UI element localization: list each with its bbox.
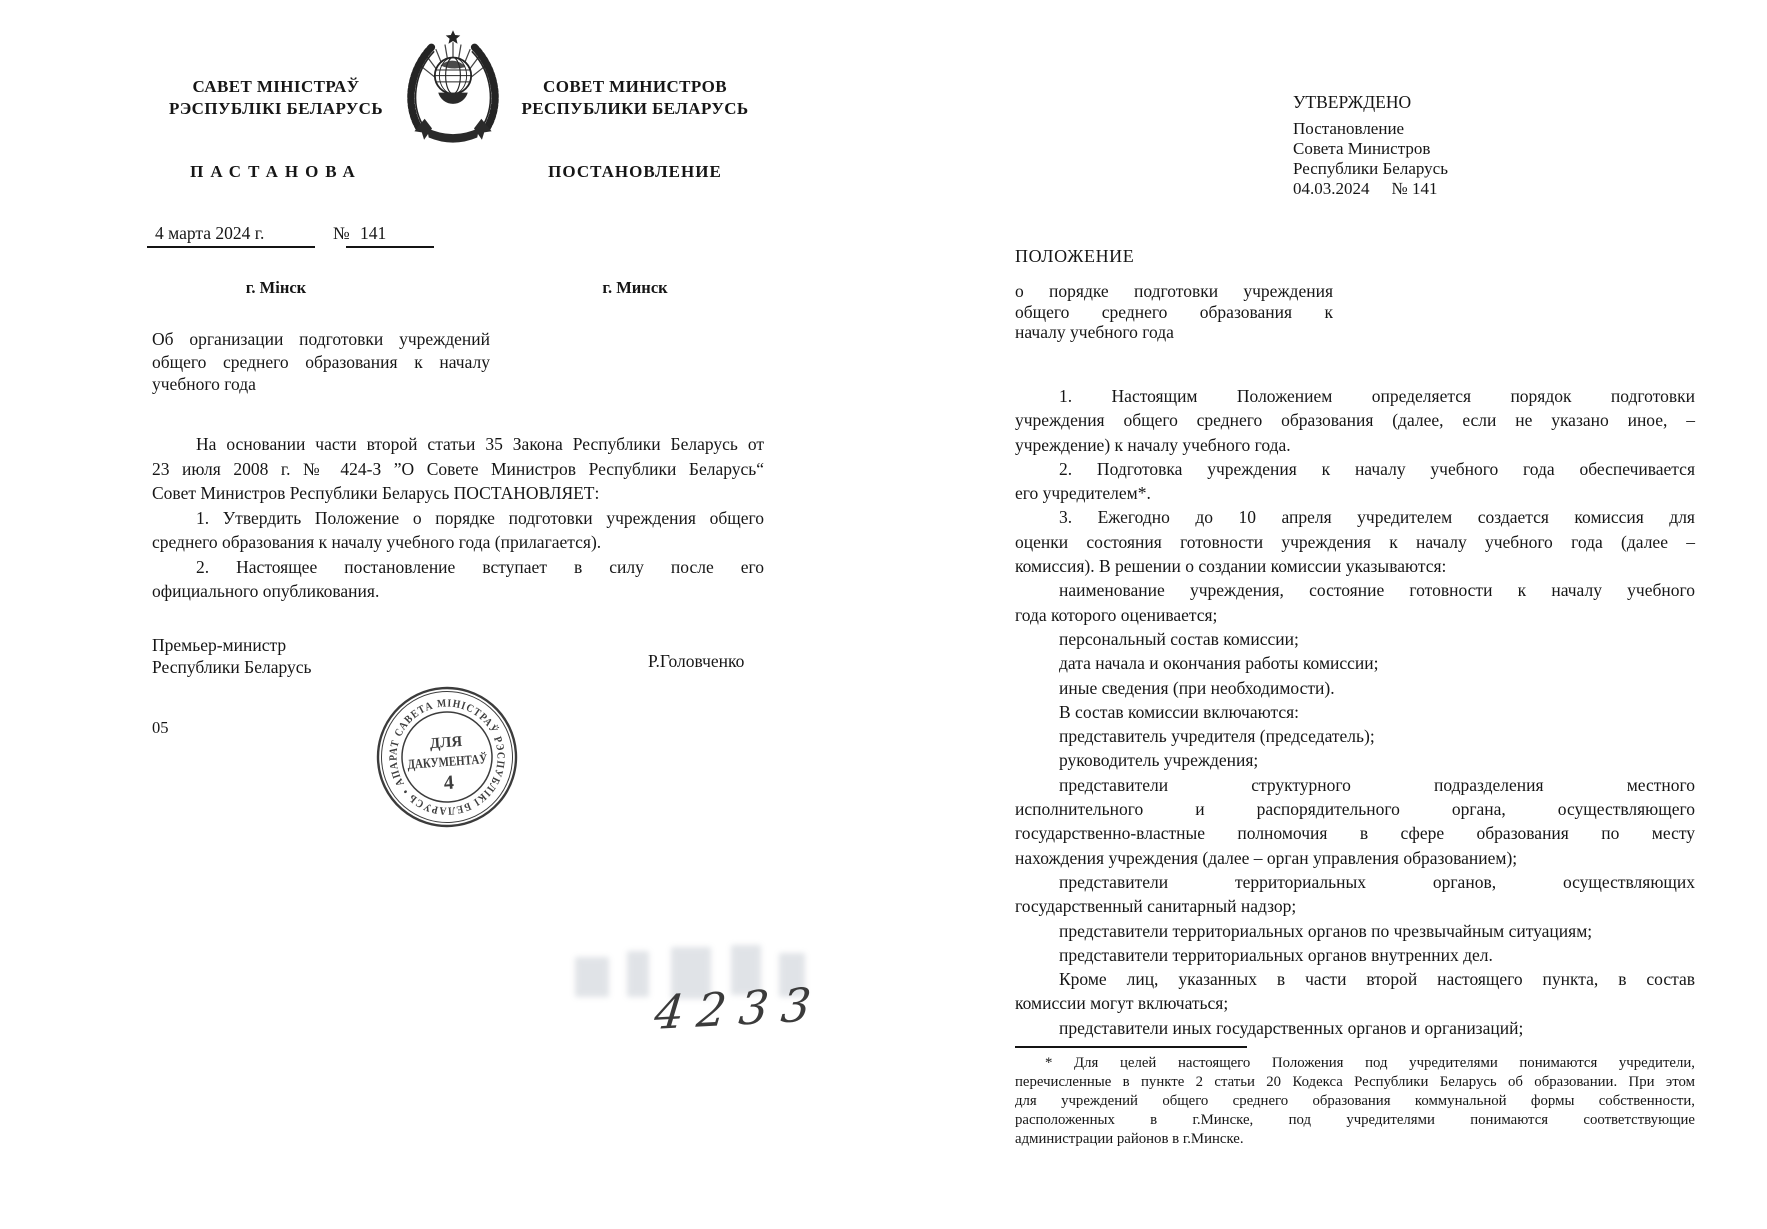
stamp-center-line1: ДЛЯ [429, 734, 463, 752]
text-line: учебного года [152, 373, 490, 396]
official-stamp: АПАРАТ САВЕТА МІНІСТРАЎ РЭСПУБЛІКІ БЕЛАР… [369, 679, 525, 835]
text-line: 1. Настоящим Положением определяется пор… [1015, 384, 1695, 408]
text-line: персональный состав комиссии; [1015, 627, 1695, 651]
text-line: о порядке подготовки учреждения [1015, 281, 1333, 302]
text-line: государственный санитарный надзор; [1015, 894, 1695, 918]
paragraph: иные сведения (при необходимости). [1015, 676, 1695, 700]
footnote: * Для целей настоящего Положения под учр… [1015, 1054, 1695, 1149]
text-line: Совет Министров Республики Беларусь ПОСТ… [152, 481, 764, 506]
paragraph: 1. Настоящим Положением определяется пор… [1015, 384, 1695, 457]
signer-position-line1: Премьер-министр [152, 634, 312, 656]
text-line: представитель учредителя (председатель); [1015, 724, 1695, 748]
text-line: Кроме лиц, указанных в части второй наст… [1015, 967, 1695, 991]
text-line: его учредителем*. [1015, 481, 1695, 505]
text-line: официального опубликования. [152, 579, 764, 604]
text-line: В состав комиссии включаются: [1015, 700, 1695, 724]
text-line: общего среднего образования к [1015, 302, 1333, 323]
approved-date-row: 04.03.2024№ 141 [1293, 179, 1448, 199]
signer-name: Р.Головченко [648, 650, 744, 672]
paragraph: наименование учреждения, состояние готов… [1015, 578, 1695, 627]
approved-block: Постановление Совета Министров Республик… [1293, 119, 1448, 199]
paragraph: В состав комиссии включаются: [1015, 700, 1695, 724]
paragraph: представители иных государственных орган… [1015, 1016, 1695, 1040]
text-line: руководитель учреждения; [1015, 748, 1695, 772]
approved-line3: Республики Беларусь [1293, 159, 1448, 179]
text-line: дата начала и окончания работы комиссии; [1015, 651, 1695, 675]
document-number: 141 [360, 223, 386, 244]
org-name-by-line1: САВЕТ МІНІСТРАЎ [150, 76, 402, 98]
paragraph: руководитель учреждения; [1015, 748, 1695, 772]
city-russian: г. Минск [506, 278, 764, 298]
text-line: Об организации подготовки учреждений [152, 328, 490, 351]
approved-label: УТВЕРЖДЕНО [1293, 92, 1411, 113]
paragraph: представители территориальных органов по… [1015, 919, 1695, 943]
text-line: представители территориальных органов вн… [1015, 943, 1695, 967]
faint-stamp-mark [575, 957, 609, 997]
document-date: 4 марта 2024 г. [155, 223, 264, 244]
text-line: года которого оценивается; [1015, 603, 1695, 627]
regulation-body: 1. Настоящим Положением определяется пор… [1015, 384, 1695, 1040]
paragraph: Кроме лиц, указанных в части второй наст… [1015, 967, 1695, 1016]
text-line: учреждения общего среднего образования (… [1015, 408, 1695, 432]
text-line: учреждение) к началу учебного года. [1015, 433, 1695, 457]
text-line: расположенных в г.Минске, под учредителя… [1015, 1111, 1695, 1130]
paragraph: представители территориальных органов вн… [1015, 943, 1695, 967]
signer-position: Премьер-министр Республики Беларусь [152, 634, 312, 678]
text-line: представители иных государственных орган… [1015, 1016, 1695, 1040]
paragraph: 2. Настоящее постановление вступает в си… [152, 555, 764, 604]
paragraph: представители структурного подразделения… [1015, 773, 1695, 870]
paragraph: 3. Ежегодно до 10 апреля учредителем соз… [1015, 505, 1695, 578]
signer-position-line2: Республики Беларусь [152, 656, 312, 678]
coat-of-arms-icon [396, 28, 510, 146]
text-line: общего среднего образования к началу [152, 351, 490, 374]
text-line: комиссии могут включаться; [1015, 991, 1695, 1015]
text-line: государственно-властные полномочия в сфе… [1015, 821, 1695, 845]
approved-date: 04.03.2024 [1293, 179, 1370, 198]
text-line: администрации районов в г.Минске. [1015, 1130, 1695, 1149]
date-underline [147, 246, 315, 248]
text-line: перечисленные в пункте 2 статьи 20 Кодек… [1015, 1073, 1695, 1092]
text-line: иные сведения (при необходимости). [1015, 676, 1695, 700]
number-sign: № [333, 223, 350, 244]
org-name-ru-line2: РЕСПУБЛИКИ БЕЛАРУСЬ [506, 98, 764, 120]
doc-type-russian: ПОСТАНОВЛЕНИЕ [506, 162, 764, 182]
number-underline [346, 246, 434, 248]
text-line: 23 июля 2008 г. № 424-З ”О Совете Минист… [152, 457, 764, 482]
document-body: На основании части второй статьи 35 Зако… [152, 432, 764, 604]
text-line: для учреждений общего среднего образован… [1015, 1092, 1695, 1111]
stamp-center-line3: 4 [443, 772, 455, 795]
org-name-by-line2: РЭСПУБЛІКІ БЕЛАРУСЬ [150, 98, 402, 120]
text-line: представители территориальных органов по… [1015, 919, 1695, 943]
org-name-russian: СОВЕТ МИНИСТРОВ РЕСПУБЛИКИ БЕЛАРУСЬ [506, 76, 764, 120]
org-name-ru-line1: СОВЕТ МИНИСТРОВ [506, 76, 764, 98]
paragraph: персональный состав комиссии; [1015, 627, 1695, 651]
paragraph: * Для целей настоящего Положения под учр… [1015, 1054, 1695, 1149]
document-title: Об организации подготовки учрежденийобще… [152, 328, 490, 396]
text-line: 2. Настоящее постановление вступает в си… [152, 555, 764, 580]
approved-line1: Постановление [1293, 119, 1448, 139]
org-name-belarusian: САВЕТ МІНІСТРАЎ РЭСПУБЛІКІ БЕЛАРУСЬ [150, 76, 402, 120]
text-line: комиссия). В решении о создании комиссии… [1015, 554, 1695, 578]
paragraph: представители территориальных органов, о… [1015, 870, 1695, 919]
paragraph: 2. Подготовка учреждения к началу учебно… [1015, 457, 1695, 506]
footnote-separator [1015, 1046, 1247, 1048]
paragraph: о порядке подготовки учрежденияобщего ср… [1015, 281, 1333, 343]
handwritten-number: 4233 [652, 977, 827, 1040]
regulation-heading: ПОЛОЖЕНИЕ [1015, 246, 1134, 267]
scanned-document: САВЕТ МІНІСТРАЎ РЭСПУБЛІКІ БЕЛАРУСЬ [0, 0, 1767, 1229]
text-line: представители территориальных органов, о… [1015, 870, 1695, 894]
approved-line2: Совета Министров [1293, 139, 1448, 159]
text-line: наименование учреждения, состояние готов… [1015, 578, 1695, 602]
stamp-center-line2: ДАКУМЕНТАЎ [407, 751, 488, 772]
paragraph: На основании части второй статьи 35 Зако… [152, 432, 764, 506]
paragraph: представитель учредителя (председатель); [1015, 724, 1695, 748]
paragraph: дата начала и окончания работы комиссии; [1015, 651, 1695, 675]
text-line: началу учебного года [1015, 322, 1333, 343]
regulation-subheading: о порядке подготовки учрежденияобщего ср… [1015, 281, 1333, 343]
text-line: * Для целей настоящего Положения под учр… [1015, 1054, 1695, 1073]
text-line: 3. Ежегодно до 10 апреля учредителем соз… [1015, 505, 1695, 529]
text-line: представители структурного подразделения… [1015, 773, 1695, 797]
doc-type-belarusian: ПАСТАНОВА [150, 162, 402, 182]
department-code: 05 [152, 718, 169, 738]
text-line: нахождения учреждения (далее – орган упр… [1015, 846, 1695, 870]
faint-stamp-mark [627, 951, 649, 997]
text-line: На основании части второй статьи 35 Зако… [152, 432, 764, 457]
paragraph: Об организации подготовки учрежденийобще… [152, 328, 490, 396]
text-line: исполнительного и распорядительного орга… [1015, 797, 1695, 821]
text-line: 2. Подготовка учреждения к началу учебно… [1015, 457, 1695, 481]
city-belarusian: г. Мінск [150, 278, 402, 298]
approved-number: № 141 [1392, 179, 1438, 199]
text-line: 1. Утвердить Положение о порядке подгото… [152, 506, 764, 531]
text-line: оценки состояния готовности учреждения к… [1015, 530, 1695, 554]
paragraph: 1. Утвердить Положение о порядке подгото… [152, 506, 764, 555]
text-line: среднего образования к началу учебного г… [152, 530, 764, 555]
